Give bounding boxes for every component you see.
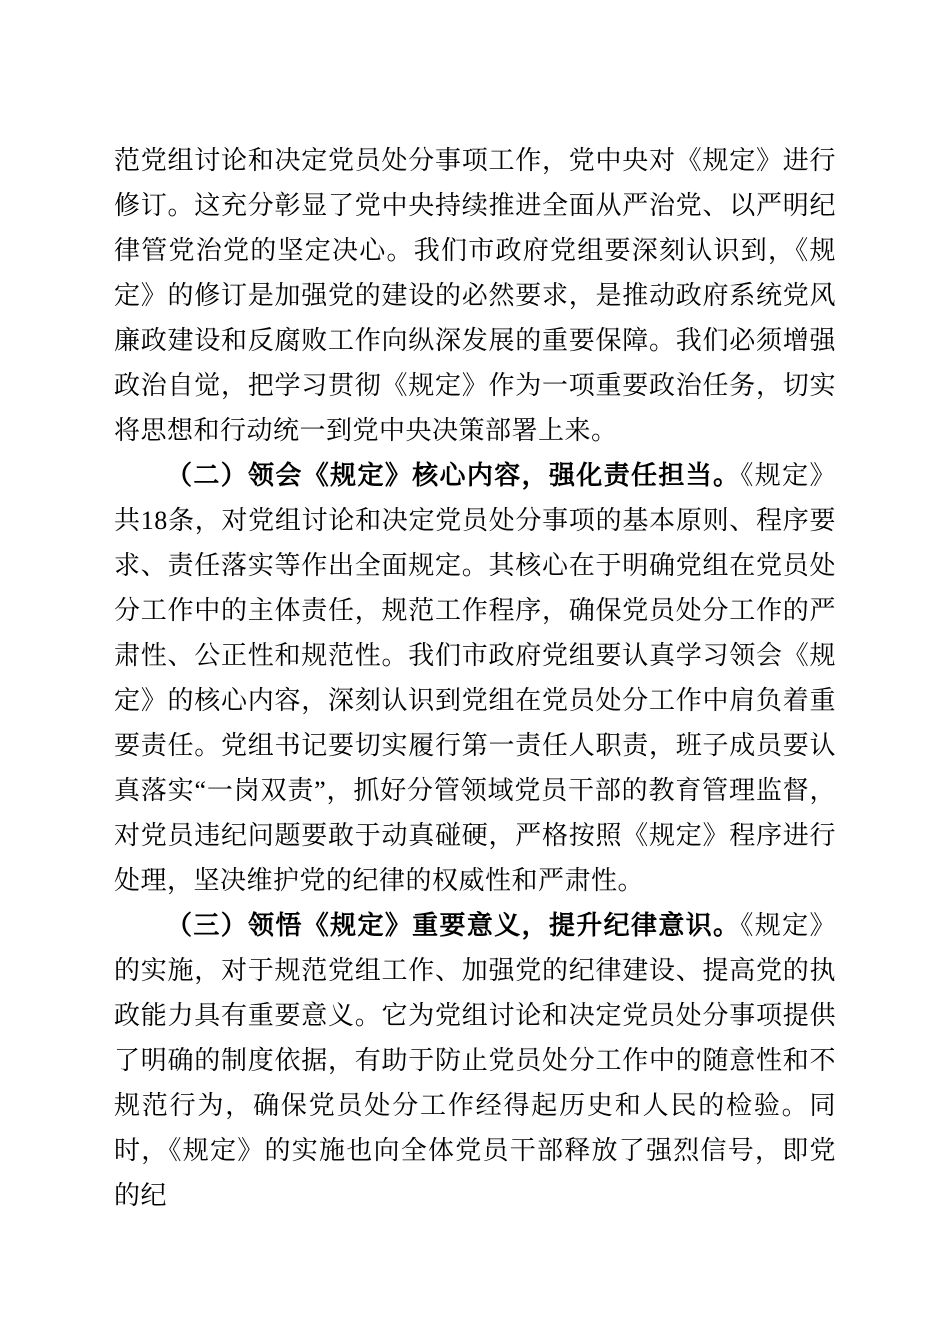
document-page: 范党组讨论和决定党员处分事项工作，党中央对《规定》进行修订。这充分彰显了党中央持… [0, 0, 950, 1344]
section-2-heading: （二）领会《规定》核心内容，强化责任担当。 [166, 461, 740, 490]
paragraph-text: 范党组讨论和决定党员处分事项工作，党中央对《规定》进行修订。这充分彰显了党中央持… [114, 146, 836, 445]
paragraph-continuation: 范党组讨论和决定党员处分事项工作，党中央对《规定》进行修订。这充分彰显了党中央持… [114, 138, 836, 453]
paragraph-text: 《规定》共18条，对党组讨论和决定党员处分事项的基本原则、程序要求、责任落实等作… [114, 461, 836, 895]
paragraph-section-3: （三）领悟《规定》重要意义，提升纪律意识。《规定》的实施，对于规范党组工作、加强… [114, 903, 836, 1218]
paragraph-text: 《规定》的实施，对于规范党组工作、加强党的纪律建设、提高党的执政能力具有重要意义… [114, 911, 836, 1210]
paragraph-section-2: （二）领会《规定》核心内容，强化责任担当。《规定》共18条，对党组讨论和决定党员… [114, 453, 836, 903]
section-3-heading: （三）领悟《规定》重要意义，提升纪律意识。 [166, 911, 740, 940]
